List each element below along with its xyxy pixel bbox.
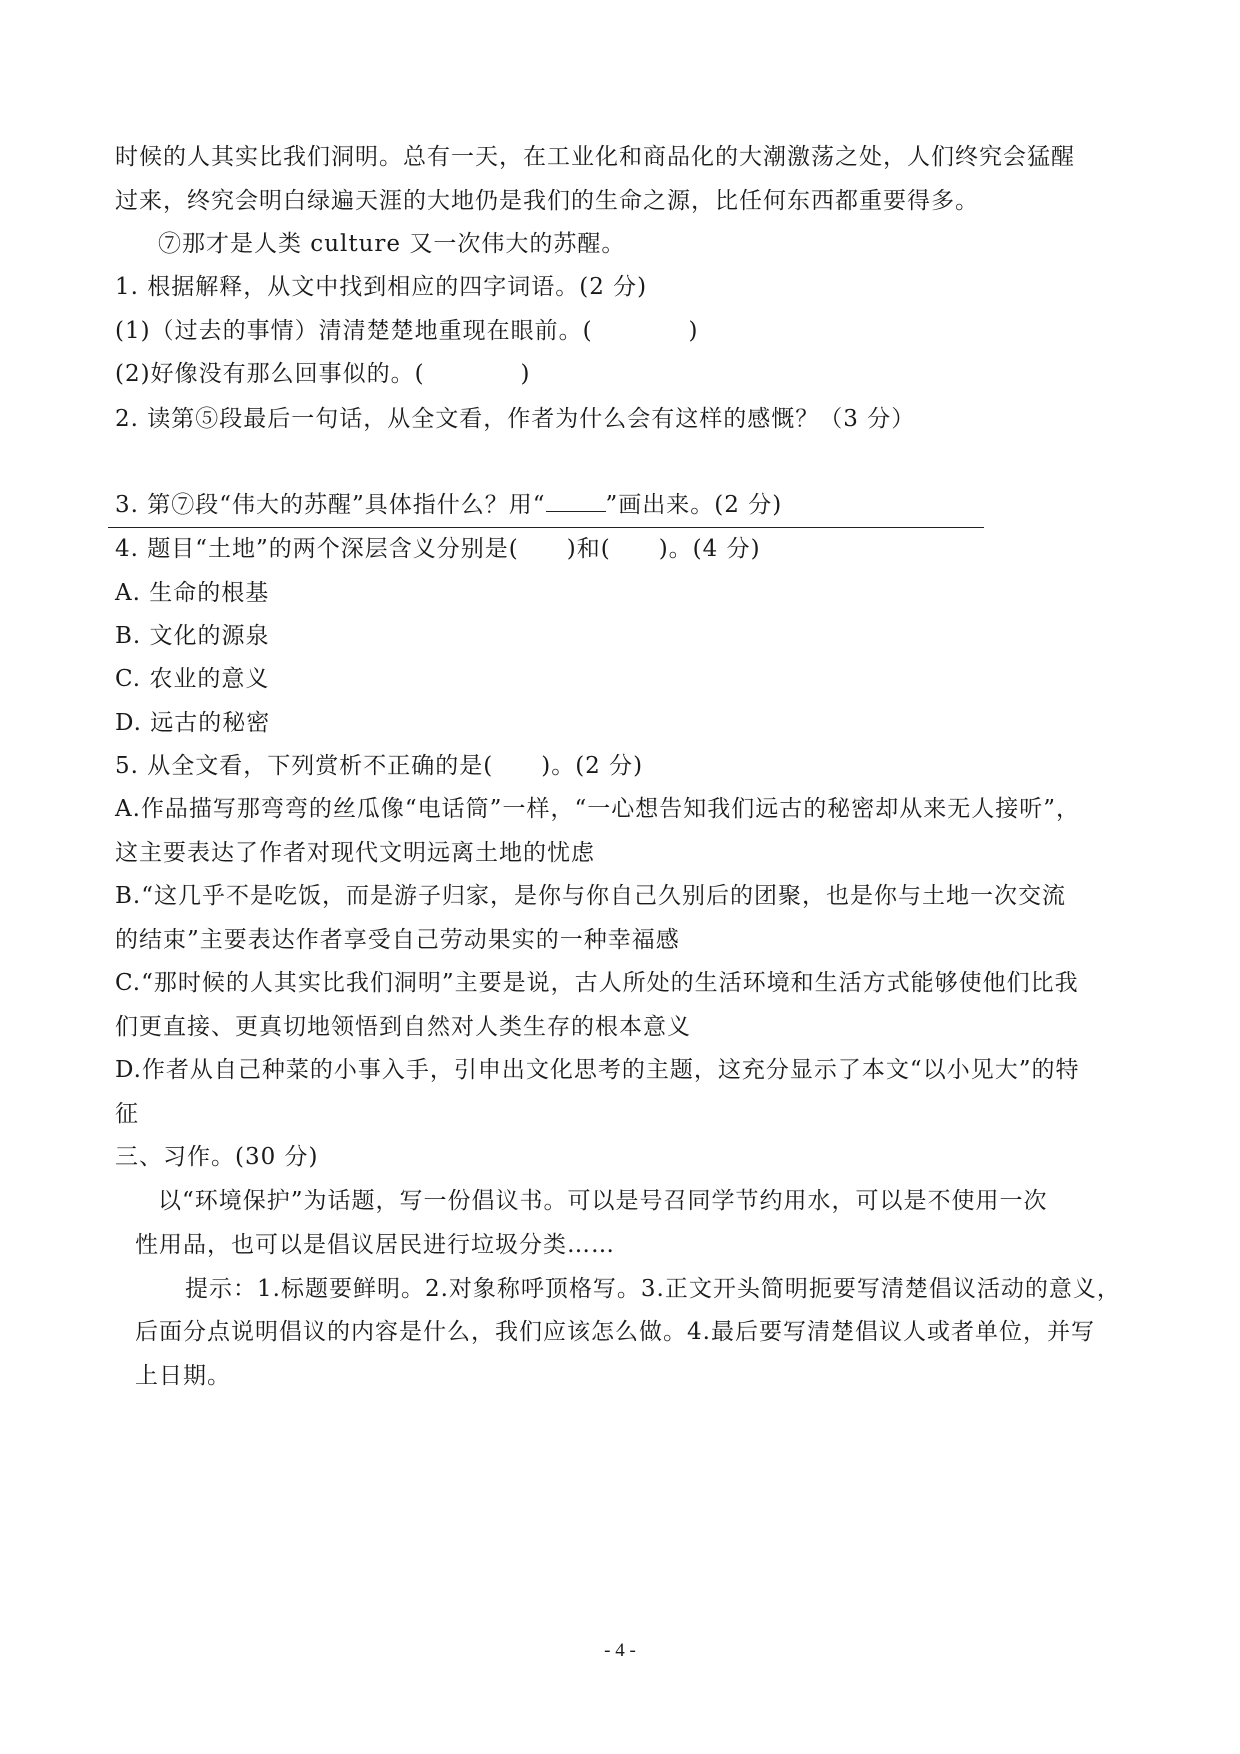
question-5-option-d-line-1: D.作者从自己种菜的小事入手，引申出文化思考的主题，这充分显示了本文“以小见大”… — [115, 1055, 1079, 1085]
writing-tips-line-1: 提示：1.标题要鲜明。2.对象称呼顶格写。3.正文开头简明扼要写清楚倡议活动的意… — [185, 1274, 1121, 1304]
passage-line-1: 时候的人其实比我们洞明。总有一天，在工业化和商品化的大潮激荡之处，人们终究会猛醒 — [115, 142, 1075, 172]
question-4-option-d: D. 远古的秘密 — [115, 708, 270, 738]
passage-line-2: 过来，终究会明白绿遍天涯的大地仍是我们的生命之源，比任何东西都重要得多。 — [115, 186, 979, 216]
page-number: - 4 - — [0, 1640, 1240, 1662]
section-3-heading: 三、习作。(30 分) — [115, 1142, 319, 1172]
question-3-text-after: ”画出来。(2 分) — [606, 492, 783, 518]
underline-blank — [546, 491, 606, 512]
writing-tips-line-2: 后面分点说明倡议的内容是什么，我们应该怎么做。4.最后要写清楚倡议人或者单位，并… — [135, 1317, 1095, 1347]
question-5-option-a-line-2: 这主要表达了作者对现代文明远离土地的忧虑 — [115, 838, 595, 868]
writing-prompt-line-2: 性用品，也可以是倡议居民进行垃圾分类…… — [135, 1230, 615, 1260]
question-5-option-a-line-1: A.作品描写那弯弯的丝瓜像“电话筒”一样，“一心想告知我们远古的秘密却从来无人接… — [115, 794, 1080, 824]
question-5-option-c-line-1: C.“那时候的人其实比我们洞明”主要是说，古人所处的生活环境和生活方式能够使他们… — [115, 968, 1079, 998]
question-1-sub-1: (1)（过去的事情）清清楚楚地重现在眼前。( ) — [115, 316, 699, 346]
question-2-stem: 2. 读第⑤段最后一句话，从全文看，作者为什么会有这样的感慨？（3 分） — [115, 404, 915, 434]
question-4-stem: 4. 题目“土地”的两个深层含义分别是( )和( )。(4 分) — [115, 534, 761, 564]
question-4-option-c: C. 农业的意义 — [115, 664, 269, 694]
writing-prompt-line-1: 以“环境保护”为话题，写一份倡议书。可以是号召同学节约用水，可以是不使用一次 — [158, 1186, 1048, 1216]
question-4-option-b: B. 文化的源泉 — [115, 621, 270, 651]
question-1-sub-2: (2)好像没有那么回事似的。( ) — [115, 359, 531, 389]
writing-tips-line-3: 上日期。 — [135, 1361, 231, 1391]
question-5-option-d-line-2: 征 — [115, 1099, 139, 1129]
question-5-option-b-line-1: B.“这几乎不是吃饭，而是游子归家，是你与你自己久别后的团聚，也是你与土地一次交… — [115, 881, 1066, 911]
question-5-stem: 5. 从全文看，下列赏析不正确的是( )。(2 分) — [115, 751, 643, 781]
question-4-option-a: A. 生命的根基 — [115, 578, 269, 608]
question-3-text-before: 3. 第⑦段“伟大的苏醒”具体指什么？用“ — [115, 492, 546, 518]
question-3-stem: 3. 第⑦段“伟大的苏醒”具体指什么？用“”画出来。(2 分) — [115, 490, 782, 520]
question-1-stem: 1. 根据解释，从文中找到相应的四字词语。(2 分) — [115, 272, 647, 302]
passage-paragraph-7: ⑦那才是人类 culture 又一次伟大的苏醒。 — [158, 229, 625, 259]
question-5-option-c-line-2: 们更直接、更真切地领悟到自然对人类生存的根本意义 — [115, 1012, 691, 1042]
question-5-option-b-line-2: 的结束”主要表达作者享受自己劳动果实的一种幸福感 — [115, 925, 680, 955]
exam-page: 时候的人其实比我们洞明。总有一天，在工业化和商品化的大潮激荡之处，人们终究会猛醒… — [0, 0, 1240, 1754]
answer-line — [108, 527, 984, 528]
